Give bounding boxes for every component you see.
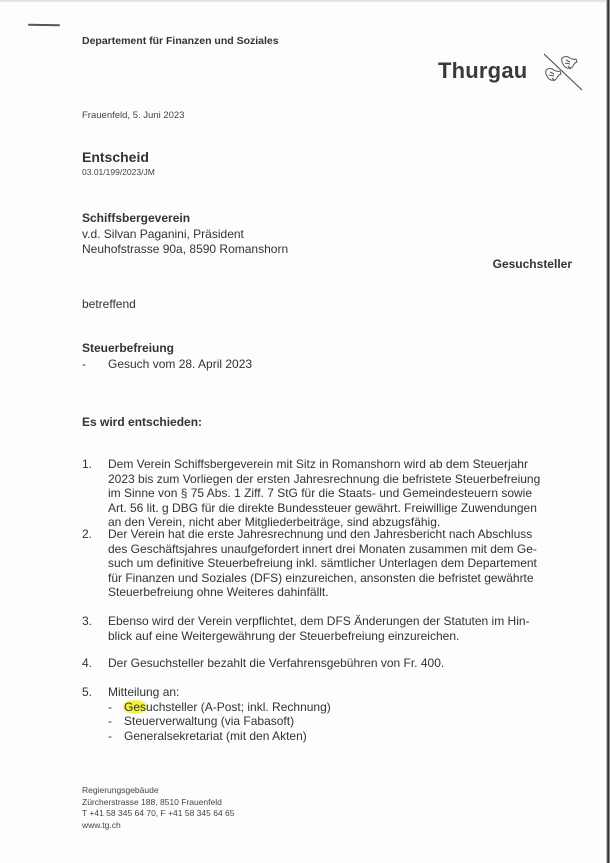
decision-number: 1. xyxy=(82,457,92,472)
decision-line: Ebenso wird der Verein verpflichtet, dem… xyxy=(108,614,578,629)
scan-right-edge xyxy=(606,0,610,863)
distribution-recipient: -Generalsekretariat (mit den Akten) xyxy=(108,729,578,744)
decision-line: für Finanzen und Soziales (DFS) einzurei… xyxy=(108,571,578,586)
decision-line: des Geschäftsjahres unaufgefordert inner… xyxy=(108,542,578,557)
decision-line: Dem Verein Schiffsbergeverein mit Sitz i… xyxy=(108,457,578,472)
decision-text: Der Verein hat die erste Jahresrechnung … xyxy=(108,527,578,600)
decision-number: 5. xyxy=(82,685,92,700)
decision-number: 2. xyxy=(82,527,92,542)
subject-dash: - xyxy=(82,357,108,373)
subject-title: Steuerbefreiung xyxy=(82,341,252,357)
footer-phone: T +41 58 345 64 70, F +41 58 345 64 65 xyxy=(82,808,235,820)
decision-number: 3. xyxy=(82,614,92,629)
thurgau-logo: Thurgau xyxy=(438,58,527,84)
decision-line: im Sinne von § 75 Abs. 1 Ziff. 7 StG für… xyxy=(108,486,578,501)
pen-mark xyxy=(28,24,60,27)
footer-website: www.tg.ch xyxy=(82,820,235,832)
decision-line: blick auf eine Weitergewährung der Steue… xyxy=(108,629,578,644)
logo-text: Thurgau xyxy=(438,58,527,83)
decision-text: Dem Verein Schiffsbergeverein mit Sitz i… xyxy=(108,457,578,530)
list-dash: - xyxy=(108,714,124,729)
recipient-contact: v.d. Silvan Paganini, Präsident xyxy=(82,227,288,243)
decision-number: 4. xyxy=(82,656,92,671)
decision-line: Der Verein hat die erste Jahresrechnung … xyxy=(108,527,578,542)
decision-line: 2023 bis zum Vorliegen der ersten Jahres… xyxy=(108,472,578,487)
recipient-address: Schiffsbergeverein v.d. Silvan Paganini,… xyxy=(82,211,288,258)
decision-text: Mitteilung an: -Gesuchsteller (A-Post; i… xyxy=(108,685,578,743)
document-title: Entscheid xyxy=(82,149,149,165)
thurgau-lions-coat-of-arms-icon xyxy=(540,52,586,92)
footer-building: Regierungsgebäude xyxy=(82,785,235,797)
reference-number: 03.01/199/2023/JM xyxy=(82,167,155,177)
subject-block: Steuerbefreiung -Gesuch vom 28. April 20… xyxy=(82,341,252,372)
decision-line: Steuerbefreiung ohne Weiteres dahinfällt… xyxy=(108,585,578,600)
footer-street: Zürcherstrasse 188, 8510 Frauenfeld xyxy=(82,797,235,809)
distribution-recipient: -Gesuchsteller (A-Post; inkl. Rechnung) xyxy=(108,700,578,715)
decision-line: such um definitive Steuerbefreiung inkl.… xyxy=(108,556,578,571)
list-dash: - xyxy=(108,700,124,715)
decision-line: Der Gesuchsteller bezahlt die Verfahrens… xyxy=(108,656,578,671)
document-page: Departement für Finanzen und Soziales Th… xyxy=(0,0,610,863)
decision-line: Art. 56 lit. g DBG für die direkte Bunde… xyxy=(108,501,578,516)
distribution-recipient: -Steuerverwaltung (via Fabasoft) xyxy=(108,714,578,729)
recipient-street: Neuhofstrasse 90a, 8590 Romanshorn xyxy=(82,242,288,258)
list-dash: - xyxy=(108,729,124,744)
recipient-text: uchsteller (A-Post; inkl. Rechnung) xyxy=(146,700,331,714)
recipient-role: Gesuchsteller xyxy=(493,257,572,271)
decision-text: Ebenso wird der Verein verpflichtet, dem… xyxy=(108,614,578,643)
department-name: Departement für Finanzen und Soziales xyxy=(82,35,279,47)
place-date: Frauenfeld, 5. Juni 2023 xyxy=(82,110,184,121)
recipient-name: Schiffsbergeverein xyxy=(82,211,288,227)
subject-detail: Gesuch vom 28. April 2023 xyxy=(108,357,252,371)
decision-line: Mitteilung an: xyxy=(108,685,578,700)
footer-address: Regierungsgebäude Zürcherstrasse 188, 85… xyxy=(82,785,235,831)
decision-heading: Es wird entschieden: xyxy=(82,415,202,429)
decision-text: Der Gesuchsteller bezahlt die Verfahrens… xyxy=(108,656,578,671)
highlighter-mark: Ges xyxy=(123,700,147,714)
recipient-text: Steuerverwaltung (via Fabasoft) xyxy=(124,714,294,728)
regarding-label: betreffend xyxy=(82,297,136,311)
scan-top-shadow xyxy=(0,0,610,3)
recipient-text: Generalsekretariat (mit den Akten) xyxy=(124,729,307,743)
